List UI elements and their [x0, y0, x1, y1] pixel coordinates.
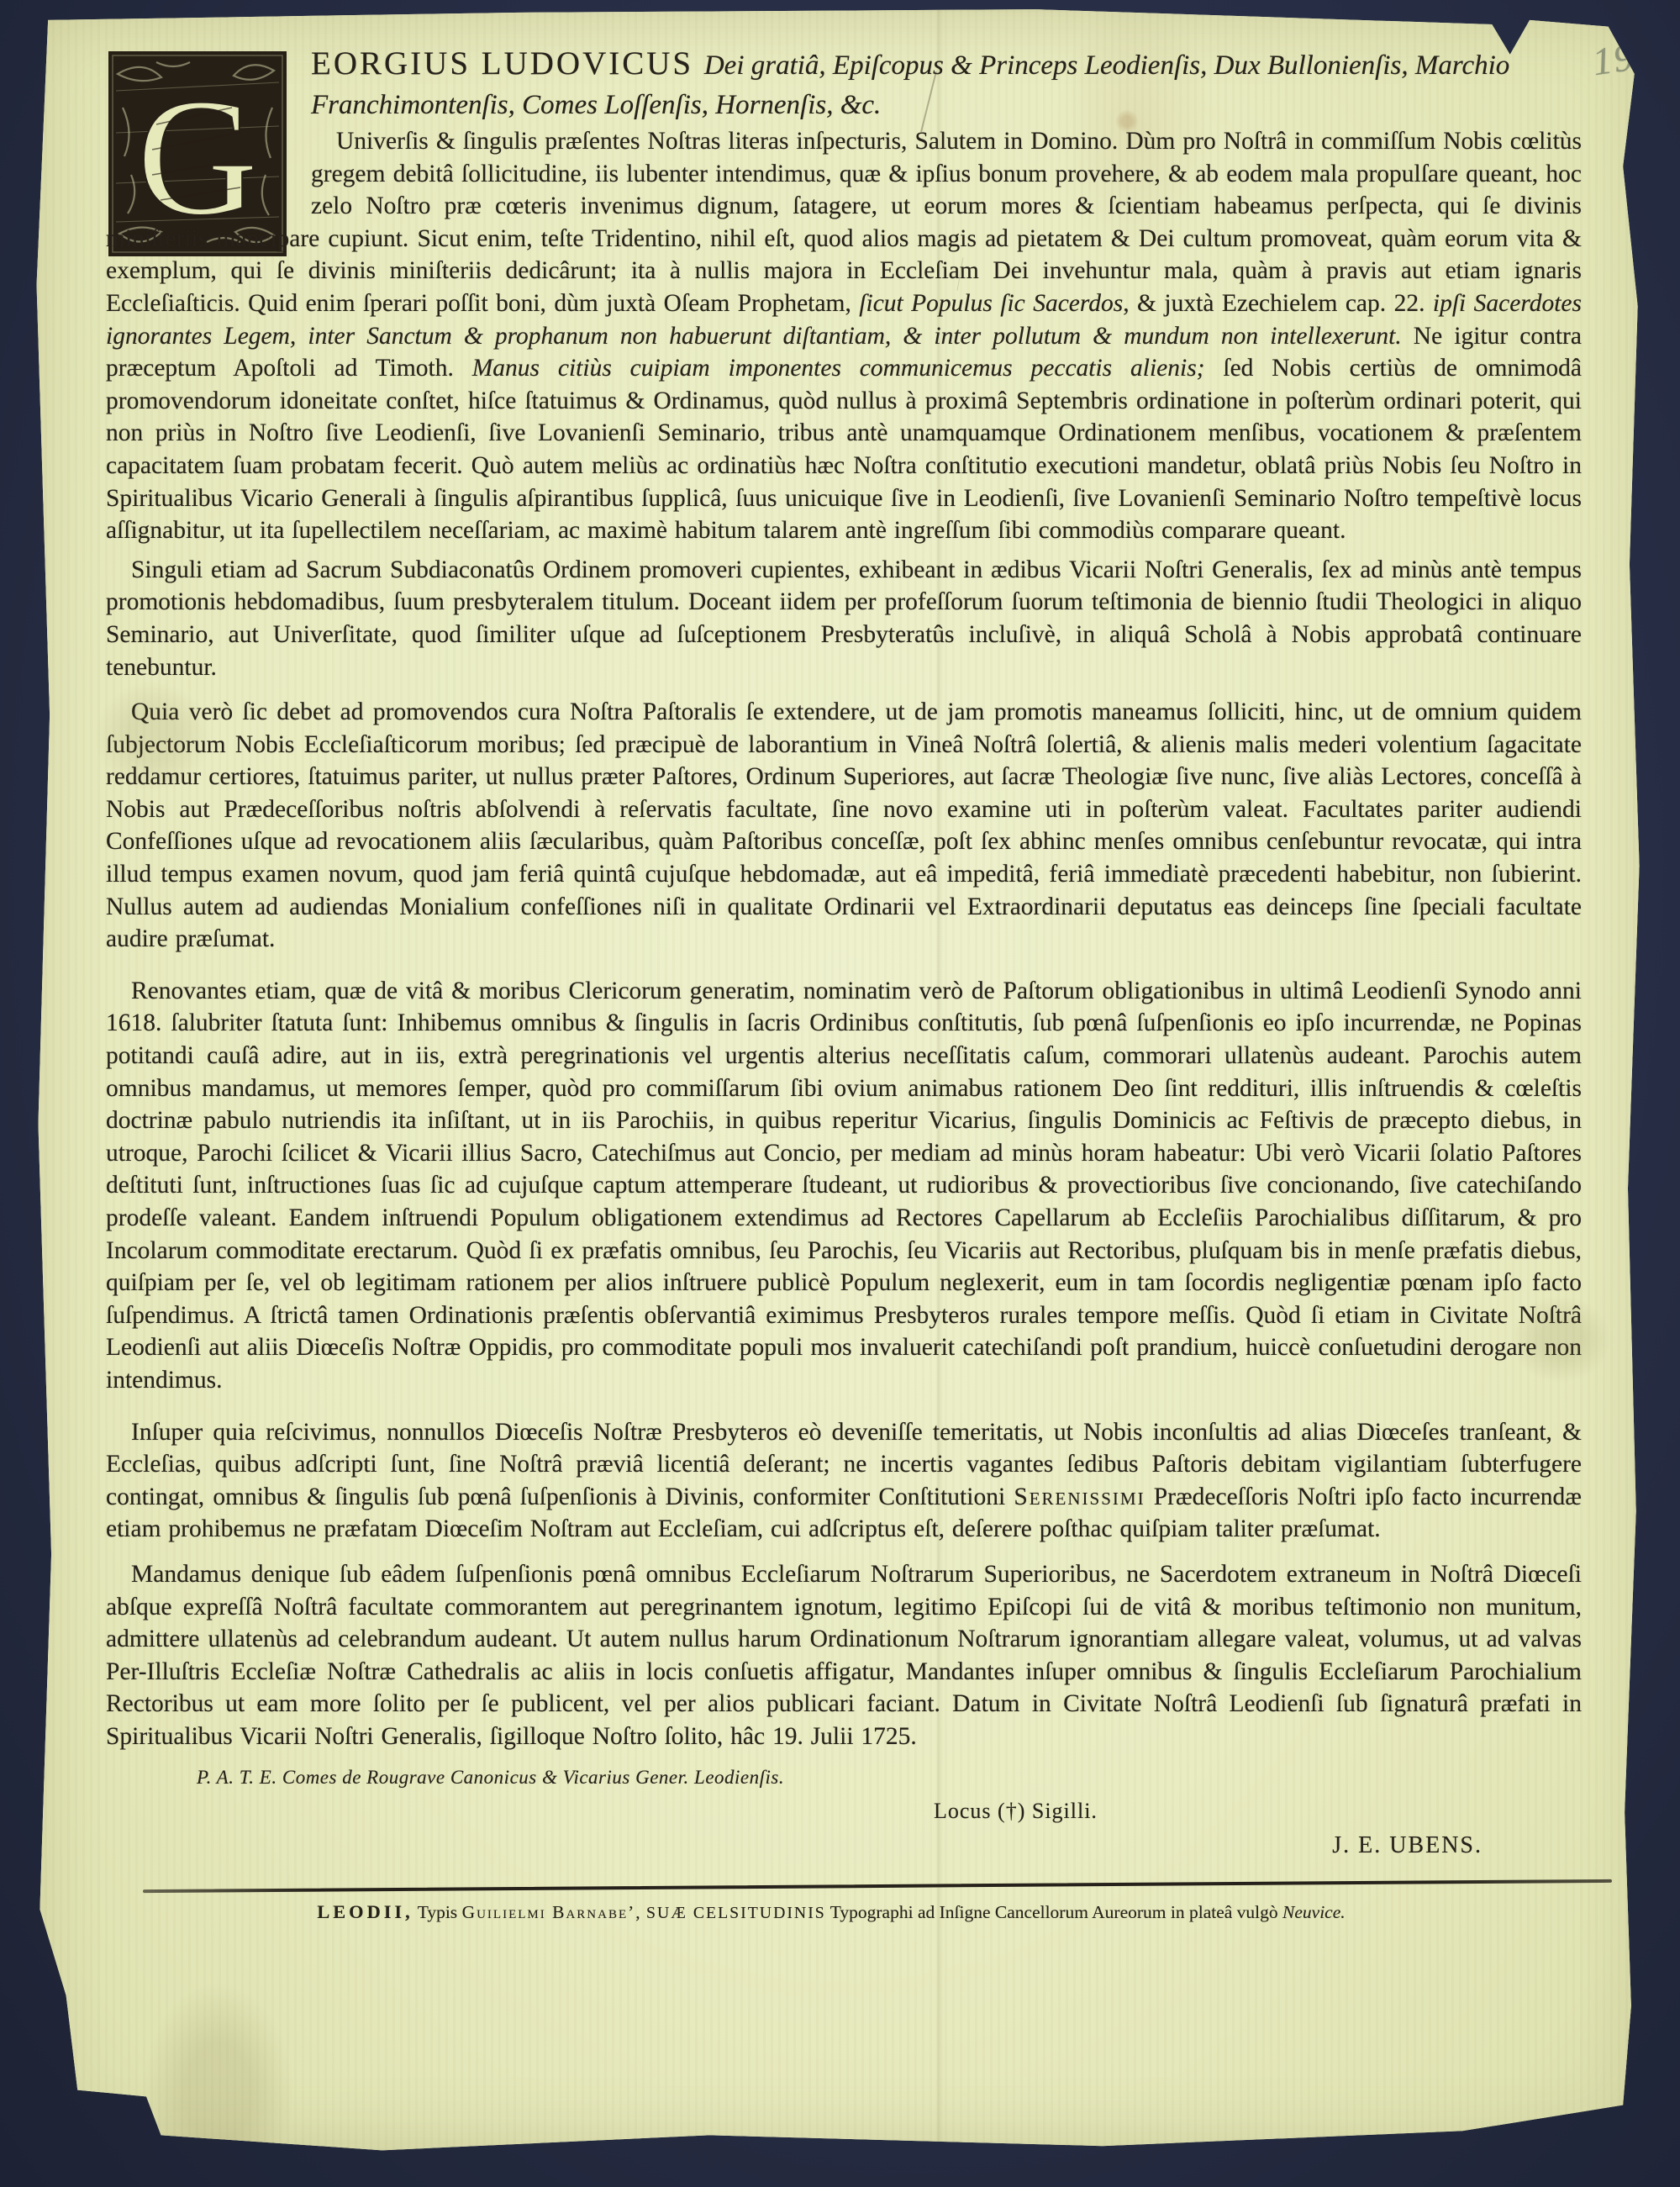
printer-imprint-line: LEODII, Typis Guilielmi Barnabe’, SUÆ CE… [106, 1901, 1556, 1923]
document-title: EORGIUS LUDOVICUS Dei gratiâ, Epiſcopus … [106, 44, 1582, 125]
body-paragraph-5: Inſuper quia reſcivimus, nonnullos Diœce… [106, 1416, 1582, 1546]
seal-placeholder: Locus (†) Sigilli. [934, 1799, 1582, 1824]
body-paragraph-2: Singuli etiam ad Sacrum Subdiaconatûs Or… [106, 554, 1582, 683]
document-page: 19 [22, 5, 1659, 2157]
footer-rule [143, 1879, 1612, 1892]
scan-background: 19 [0, 0, 1680, 2187]
printed-content: G EORGIUS LUDOVICUS Dei gratiâ, Epiſcopu… [22, 5, 1659, 1923]
body-paragraph-4: Renovantes etiam, quæ de vitâ & moribus … [106, 975, 1582, 1397]
body-paragraph-1: Univerſis & ſingulis præſentes Noſtras l… [106, 125, 1582, 547]
woodcut-initial-G: G [106, 49, 289, 215]
vicar-signature-line: P. A. T. E. Comes de Rougrave Canonicus … [197, 1767, 1582, 1789]
document-body: Univerſis & ſingulis præſentes Noſtras l… [106, 125, 1582, 1753]
body-paragraph-3: Quia verò ſic debet ad promovendos cura … [106, 696, 1582, 956]
body-paragraph-6: Mandamus denique ſub eâdem ſuſpenſionis … [106, 1558, 1582, 1753]
secretary-name: J. E. UBENS. [106, 1832, 1483, 1859]
